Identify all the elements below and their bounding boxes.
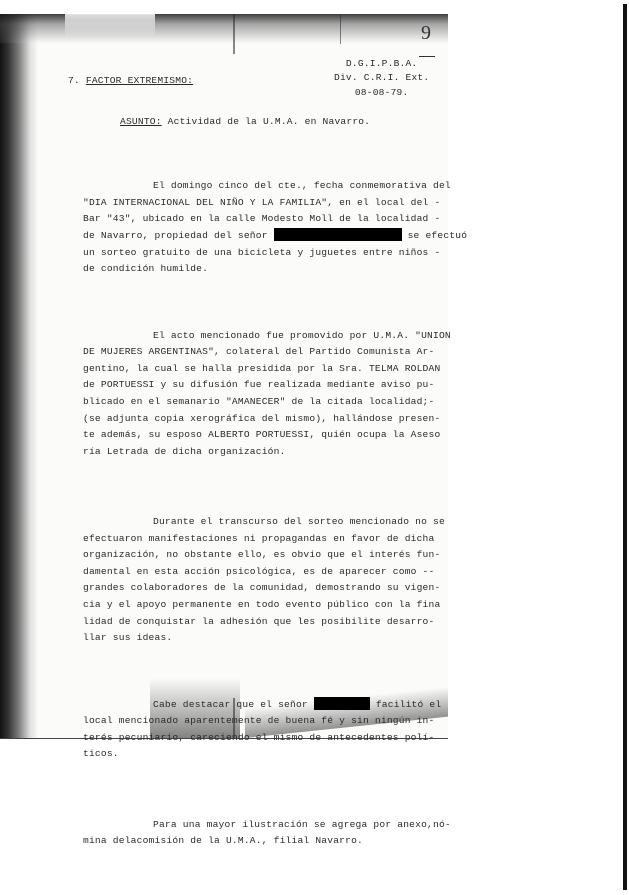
text-line: lidad de conquistar la adhesión que les …	[83, 614, 443, 631]
scan-streak	[340, 14, 341, 44]
text-line: damental en esta acción psicológica, es …	[83, 564, 443, 581]
scan-streak	[233, 14, 235, 54]
redaction-box	[314, 697, 370, 710]
document-body: El domingo cinco del cte., fecha conmemo…	[83, 145, 443, 867]
text-line: ticos.	[83, 746, 443, 763]
text-line: cia y el apoyo permanente en todo evento…	[83, 597, 443, 614]
text-line: El domingo cinco del cte., fecha conmemo…	[83, 178, 443, 195]
subject-label: ASUNTO:	[120, 116, 162, 127]
text-line: Para una mayor ilustración se agrega por…	[83, 817, 443, 834]
paragraph-4: Cabe destacar que el señor facilitó ello…	[83, 697, 443, 763]
scan-shadow-left	[0, 14, 38, 738]
agency-line: Div. C.R.I. Ext.	[334, 71, 429, 85]
page-number: 9	[421, 22, 431, 45]
text-line: de Navarro, propiedad del señor se efect…	[83, 228, 443, 245]
section-heading: 7. FACTOR EXTREMISMO:	[68, 73, 193, 90]
text-line: efectuaron manifestaciones ni propaganda…	[83, 531, 443, 548]
redaction-box	[274, 228, 402, 241]
text-line: de PORTUESSI y su difusión fue realizada…	[83, 377, 443, 394]
text-line: ría Letrada de dicha organización.	[83, 444, 443, 461]
paragraph-1: El domingo cinco del cte., fecha conmemo…	[83, 178, 443, 278]
text-line: mina delacomisión de la U.M.A., filial N…	[83, 833, 443, 850]
text-line: organización, no obstante ello, es obvio…	[83, 547, 443, 564]
text-line: (se adjunta copia xerográfica del mismo)…	[83, 411, 443, 428]
paragraph-5: Para una mayor ilustración se agrega por…	[83, 817, 443, 850]
text-line: un sorteo gratuito de una bicicleta y ju…	[83, 245, 443, 262]
page-edge-line	[623, 4, 627, 890]
text-line: Bar "43", ubicado en la calle Modesto Mo…	[83, 211, 443, 228]
agency-block: D.G.I.P.B.A.Div. C.R.I. Ext.08-08-79.	[334, 57, 429, 100]
text-line: terés pecuniario, careciendo el mismo de…	[83, 730, 443, 747]
section-number: 7.	[68, 75, 80, 86]
text-line: blicado en el semanario "AMANECER" de la…	[83, 394, 443, 411]
text-line: llar sus ideas.	[83, 630, 443, 647]
text-line: local mencionado aparentemente de buena …	[83, 713, 443, 730]
scan-shadow-gap	[65, 14, 155, 38]
agency-line: D.G.I.P.B.A.	[334, 57, 429, 71]
text-line: DE MUJERES ARGENTINAS", colateral del Pa…	[83, 344, 443, 361]
section-title: FACTOR EXTREMISMO:	[86, 75, 193, 86]
text-fragment: se efectuó	[402, 230, 468, 241]
agency-line: 08-08-79.	[334, 86, 429, 100]
text-line: de condición humilde.	[83, 261, 443, 278]
subject-text: Actividad de la U.M.A. en Navarro.	[162, 116, 371, 127]
text-fragment: facilitó el	[370, 699, 442, 710]
text-line: Cabe destacar que el señor facilitó el	[83, 697, 443, 714]
text-line: "DIA INTERNACIONAL DEL NIÑO Y LA FAMILIA…	[83, 195, 443, 212]
text-line: gentino, la cual se halla presidida por …	[83, 361, 443, 378]
text-line: grandes colaboradores de la comunidad, d…	[83, 580, 443, 597]
text-line: te además, su esposo ALBERTO PORTUESSI, …	[83, 427, 443, 444]
text-fragment: Cabe destacar que el señor	[153, 699, 314, 710]
text-line: El acto mencionado fue promovido por U.M…	[83, 328, 443, 345]
subject-line: ASUNTO: Actividad de la U.M.A. en Navarr…	[120, 114, 370, 131]
paragraph-3: Durante el transcurso del sorteo mencion…	[83, 514, 443, 647]
paragraph-2: El acto mencionado fue promovido por U.M…	[83, 328, 443, 461]
text-line: Durante el transcurso del sorteo mencion…	[83, 514, 443, 531]
text-fragment: de Navarro, propiedad del señor	[83, 230, 274, 241]
